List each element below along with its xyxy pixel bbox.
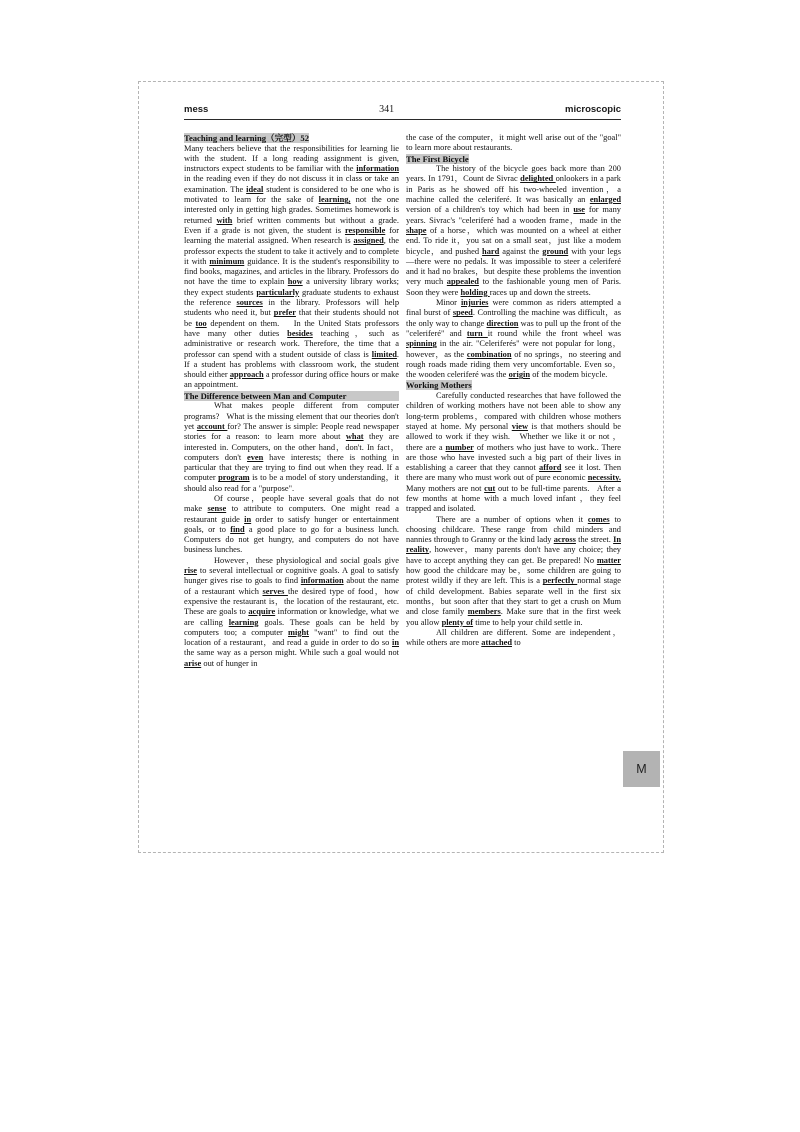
cloze-answer-word: speed [453, 308, 473, 317]
thumb-index-tab: M [623, 751, 660, 787]
passage-paragraph: There are a number of options when it co… [406, 515, 621, 628]
scanned-page: mess 341 microscopic Teaching and learni… [138, 81, 664, 853]
cloze-answer-word: learning, [319, 195, 351, 204]
cloze-answer-word: learning [229, 618, 259, 627]
cloze-answer-word: necessity. [588, 473, 621, 482]
section-heading-text: The Difference between Man and Computer [184, 391, 346, 401]
cloze-answer-word: too [196, 319, 207, 328]
cloze-answer-word: delighted [520, 174, 555, 183]
cloze-answer-word: might [288, 628, 309, 637]
cloze-answer-word: information [356, 164, 399, 173]
passage-paragraph: the case of the computer，it might well a… [406, 133, 621, 154]
cloze-answer-word: plenty of [442, 618, 474, 627]
cloze-answer-word: particularly [256, 288, 299, 297]
guide-word-left: mess [184, 104, 208, 115]
passage-paragraph: What makes people different from compute… [184, 401, 399, 494]
cloze-answer-word: across [554, 535, 576, 544]
cloze-answer-word: injuries [461, 298, 488, 307]
passage-paragraph: The history of the bicycle goes back mor… [406, 164, 621, 298]
cloze-answer-word: hard [482, 247, 499, 256]
cloze-answer-word: account [197, 422, 228, 431]
cloze-answer-word: responsible [345, 226, 385, 235]
section-heading: The Difference between Man and Computer [184, 391, 399, 402]
cloze-answer-word: rise [184, 566, 197, 575]
passage-paragraph: Carefully conducted researches that have… [406, 391, 621, 515]
header-divider [184, 119, 621, 120]
cloze-answer-word: holding [461, 288, 490, 297]
page-number: 341 [379, 104, 394, 115]
text-column-right: the case of the computer，it might well a… [406, 133, 621, 669]
passage-paragraph: All children are different. Some are ind… [406, 628, 621, 649]
cloze-answer-word: direction [486, 319, 518, 328]
cloze-answer-word: sense [208, 504, 227, 513]
cloze-answer-word: in [244, 515, 251, 524]
passage-paragraph: However，these physiological and social g… [184, 556, 399, 669]
cloze-answer-word: turn [467, 329, 488, 338]
cloze-answer-word: prefer [274, 308, 296, 317]
cloze-answer-word: limited [372, 350, 397, 359]
cloze-answer-word: use [573, 205, 585, 214]
cloze-answer-word: besides [287, 329, 313, 338]
cloze-answer-word: combination [467, 350, 512, 359]
cloze-answer-word: minimum [209, 257, 244, 266]
section-heading-text: Teaching and learning（完型）52 [184, 133, 309, 143]
cloze-answer-word: cut [484, 484, 495, 493]
cloze-answer-word: assigned [354, 236, 384, 245]
cloze-answer-word: sources [236, 298, 262, 307]
cloze-answer-word: information [301, 576, 344, 585]
cloze-answer-word: matter [597, 556, 621, 565]
cloze-answer-word: how [288, 277, 303, 286]
cloze-answer-word: in [392, 638, 399, 647]
two-column-body: Teaching and learning（完型）52Many teachers… [184, 133, 621, 669]
cloze-answer-word: spinning [406, 339, 437, 348]
cloze-answer-word: enlarged [590, 195, 621, 204]
page-content: mess 341 microscopic Teaching and learni… [184, 82, 621, 669]
cloze-answer-word: what [346, 432, 364, 441]
cloze-answer-word: members [468, 607, 501, 616]
cloze-answer-word: ideal [246, 185, 263, 194]
cloze-answer-word: with [216, 216, 232, 225]
cloze-answer-word: comes [588, 515, 610, 524]
cloze-answer-word: afford [539, 463, 561, 472]
cloze-answer-word: approach [230, 370, 264, 379]
thumb-index-letter: M [636, 762, 646, 776]
cloze-answer-word: origin [509, 370, 530, 379]
cloze-answer-word: ground [542, 247, 568, 256]
cloze-answer-word: even [247, 453, 263, 462]
text-column-left: Teaching and learning（完型）52Many teachers… [184, 133, 399, 669]
cloze-answer-word: program [218, 473, 249, 482]
cloze-answer-word: shape [406, 226, 426, 235]
section-heading-text: The First Bicycle [406, 154, 469, 164]
passage-paragraph: Minor injuries were common as riders att… [406, 298, 621, 380]
passage-paragraph: Of course，people have several goals that… [184, 494, 399, 556]
guide-word-right: microscopic [565, 104, 621, 115]
cloze-answer-word: arise [184, 659, 201, 668]
cloze-answer-word: attached [481, 638, 512, 647]
cloze-answer-word: view [512, 422, 528, 431]
cloze-answer-word: find [230, 525, 244, 534]
cloze-answer-word: acquire [248, 607, 275, 616]
cloze-answer-word: In reality [406, 535, 621, 554]
cloze-answer-word: serves [263, 587, 288, 596]
section-heading: The First Bicycle [406, 154, 621, 165]
passage-paragraph: Many teachers believe that the responsib… [184, 144, 399, 391]
section-heading-text: Working Mothers [406, 380, 472, 390]
section-heading: Teaching and learning（完型）52 [184, 133, 399, 144]
page-header: mess 341 microscopic [184, 82, 621, 115]
cloze-answer-word: perfectly [543, 576, 577, 585]
section-heading: Working Mothers [406, 380, 621, 391]
cloze-answer-word: appealed [447, 277, 479, 286]
cloze-answer-word: number [446, 443, 474, 452]
